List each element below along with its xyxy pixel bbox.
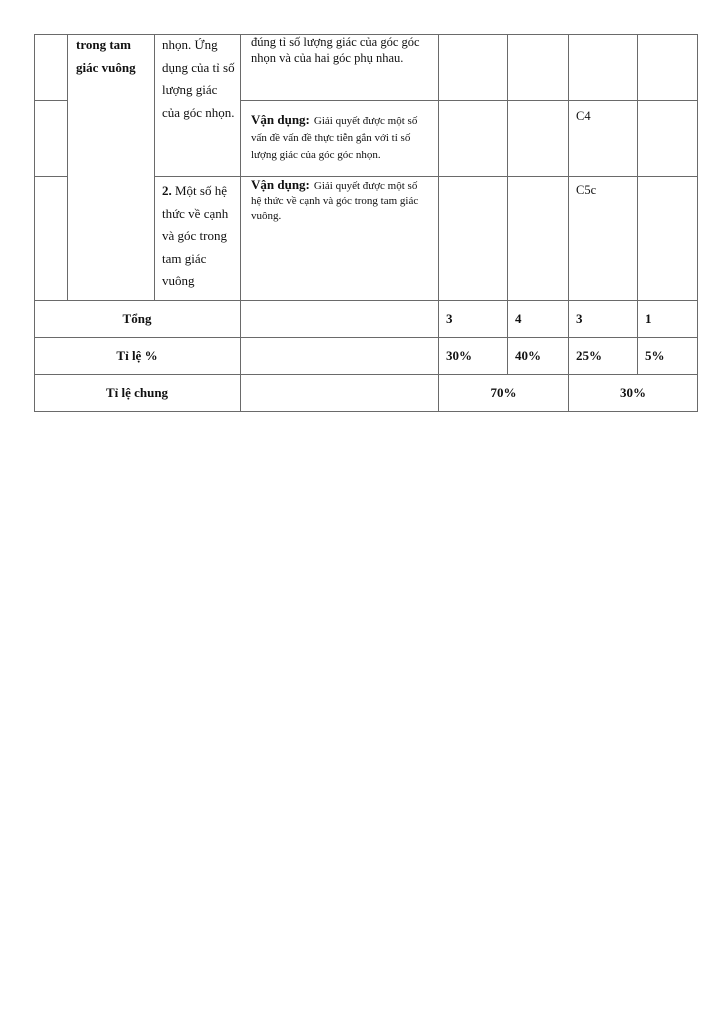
row1-cell-4 <box>638 34 698 101</box>
subtopic-2-number: 2. <box>162 183 172 198</box>
ratio-value-3: 25% <box>569 338 638 375</box>
topic-text: trong tam giác vuông <box>76 37 136 75</box>
overall-label-cell: Tỉ lệ chung <box>34 375 241 412</box>
row2-cell-3: C4 <box>569 101 638 177</box>
index-cell-2 <box>34 101 68 177</box>
subtopic-1-text: nhọn. Ứng dụng của tỉ số lượng giác của … <box>162 37 235 120</box>
overall-label: Tỉ lệ chung <box>106 385 168 400</box>
total-value-3: 3 <box>569 301 638 338</box>
topic-cell: trong tam giác vuông <box>68 34 155 301</box>
row1-cell-2 <box>508 34 569 101</box>
row1-cell-1 <box>439 34 508 101</box>
row3-cell-4 <box>638 177 698 301</box>
description-cell-2: Vận dụng: Giải quyết được một số vấn đề … <box>241 101 439 177</box>
ratio-label: Tỉ lệ % <box>116 348 157 363</box>
assessment-matrix-table: trong tam giác vuông nhọn. Ứng dụng của … <box>34 34 698 412</box>
total-value-1: 3 <box>439 301 508 338</box>
description-cell-3: Vận dụng: Giải quyết được một số hệ thức… <box>241 177 439 301</box>
row3-cell-1 <box>439 177 508 301</box>
ratio-value-4: 5% <box>638 338 698 375</box>
row2-cell-1 <box>439 101 508 177</box>
description-cell-1: đúng tỉ số lượng giác của góc góc nhọn v… <box>241 34 439 101</box>
description-1-text: đúng tỉ số lượng giác của góc góc nhọn v… <box>251 35 420 65</box>
total-empty-cell <box>241 301 439 338</box>
level-label-3: Vận dụng: <box>251 177 310 192</box>
row3-cell-3: C5c <box>569 177 638 301</box>
index-cell-3 <box>34 177 68 301</box>
subtopic-2-text: Một số hệ thức về cạnh và góc trong tam … <box>162 183 228 288</box>
subtopic-1-cell: nhọn. Ứng dụng của tỉ số lượng giác của … <box>155 34 241 177</box>
overall-value-2: 30% <box>569 375 698 412</box>
total-value-4: 1 <box>638 301 698 338</box>
total-label-cell: Tổng <box>34 301 241 338</box>
row1-cell-3 <box>569 34 638 101</box>
row3-cell-2 <box>508 177 569 301</box>
overall-empty-cell <box>241 375 439 412</box>
level-label-2: Vận dụng: <box>251 112 310 127</box>
ratio-value-2: 40% <box>508 338 569 375</box>
overall-value-1: 70% <box>439 375 569 412</box>
ratio-empty-cell <box>241 338 439 375</box>
subtopic-2-cell: 2. Một số hệ thức về cạnh và góc trong t… <box>155 177 241 301</box>
row2-cell-2 <box>508 101 569 177</box>
total-value-2: 4 <box>508 301 569 338</box>
index-cell-1 <box>34 34 68 101</box>
ratio-value-1: 30% <box>439 338 508 375</box>
total-label: Tổng <box>123 311 152 326</box>
ratio-label-cell: Tỉ lệ % <box>34 338 241 375</box>
row2-cell-4 <box>638 101 698 177</box>
